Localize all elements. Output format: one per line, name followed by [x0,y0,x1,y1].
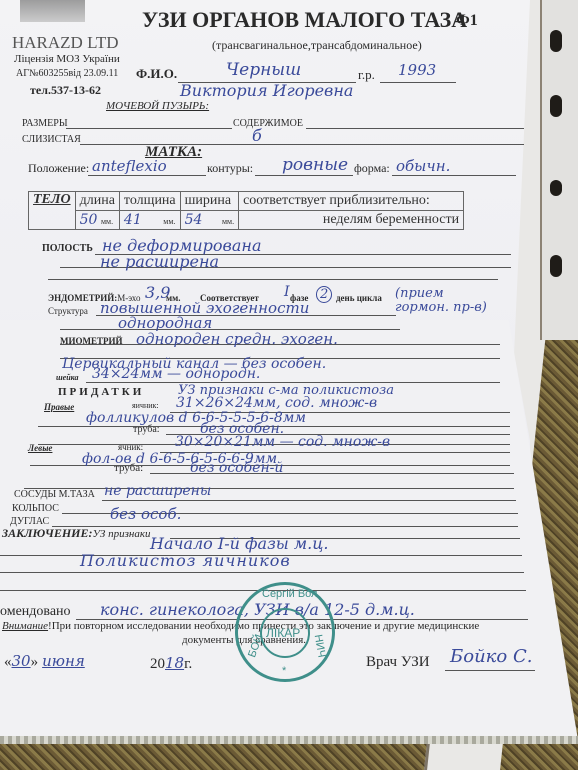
punch-hole [550,255,562,277]
clinic-phone: тел.537-13-62 [30,83,101,98]
uterus-body-label: ТЕЛО [33,192,71,207]
punch-hole [550,95,562,117]
douglas-value: без особ. [110,505,181,523]
right-ovary-line1: 31×26×24мм, сод. множ-в [176,395,377,411]
vessels-label: СОСУДЫ М.ТАЗА [14,489,95,500]
fio-label: Ф.И.О. [136,66,177,82]
cavity-label: ПОЛОСТЬ [42,243,93,254]
cervix-value: 34×24мм — однородн. [92,366,260,382]
conclusion-label: ЗАКЛЮЧЕНИЕ:УЗ признаки [2,526,151,541]
uterus-shape-value: обычн. [396,157,450,175]
uterus-body-table: ТЕЛО длина толщина ширина соответствует … [28,191,464,230]
patient-surname: Черныш [226,60,301,80]
bladder-heading: МОЧЕВОЙ ПУЗЫРЬ: [106,100,209,112]
cavity-line2: не расширена [100,252,219,271]
stamp-inner-text: ЛІКАР [266,626,300,640]
right-appendages-label: Правые [44,402,74,412]
left-ovary-line1: 30×20×21мм — сод. множ-в [175,434,390,450]
form-title: УЗИ ОРГАНОВ МАЛОГО ТАЗА [142,7,467,33]
appendages-heading: ПРИДАТКИ [58,386,144,398]
endometrium-note: (прием гормон. пр-в) [395,287,490,315]
right-ovary-label: яичник: [132,401,159,410]
uterus-position-label: Положение: [28,161,89,176]
phase-value: I [284,284,290,300]
birth-year: 1993 [398,61,436,79]
thickness-label: толщина [119,192,180,211]
thickness-unit: мм. [163,217,175,226]
uterus-contours-label: контуры: [207,161,253,176]
length-label: длина [75,192,119,211]
clinic-name: HARAZD LTD [12,33,119,53]
width-value: 54 [185,212,203,228]
date: «30»июня [4,652,85,671]
birth-year-label: г.р. [358,67,375,83]
uterus-position-value: anteflexio [92,157,167,175]
form-code: Ф1 [456,12,478,30]
left-tube-value: без особен-й [190,460,283,476]
clinic-license: Ліцензія МОЗ України [14,53,120,65]
structure-label: Структура [48,306,88,316]
bladder-contents-label: СОДЕРЖИМОЕ [233,118,303,129]
bladder-mucosa-label: СЛИЗИСТАЯ [22,134,81,145]
patient-name: Виктория Игоревна [180,81,353,100]
doctor-label: Врач УЗИ [366,654,430,671]
recommendation-label: омендовано [0,604,71,620]
cervix-label: шейка [56,373,79,382]
punch-hole [550,30,562,52]
myometrium-label: МИОМЕТРИЙ [60,336,123,346]
width-unit: мм. [222,217,234,226]
thickness-value: 41 [124,212,142,228]
bladder-contents-value: б [252,126,262,145]
left-appendages-label: Левые [28,443,52,453]
punch-hole [550,180,562,196]
sleeve-edge [0,736,578,744]
form-subtitle: (трансвагинальное,трансабдоминальное) [212,38,422,53]
uterus-shape-label: форма: [354,161,390,176]
uterus-contours-value: ровные [282,155,348,175]
cycle-day-label: день цикла [336,293,382,303]
colpos-label: КОЛЬПОС [12,503,59,514]
bladder-sizes-label: РАЗМЕРЫ [22,118,68,129]
stamp-star: * [282,665,286,677]
doctor-signature: Бойко С. [450,646,532,667]
clinic-license-number: АГ№603255від 23.09.11 [16,68,118,79]
right-tube-label: труба: [133,424,160,435]
conclusion-line2: Поликистоз яичников [80,551,291,570]
length-value: 50 [80,212,98,228]
length-unit: мм. [101,217,113,226]
vessels-value: не расширены [104,483,211,499]
stamp-outer-text: Сергій Вол [262,588,317,600]
width-label: ширина [180,192,238,211]
weeks-label: неделям беременности [239,211,464,230]
myometrium-value: однороден средн. эхоген. [136,330,338,348]
correspond-label: соответствует приблизительно: [239,192,464,211]
clinic-logo [20,0,85,22]
left-tube-label: труба: [114,462,143,474]
date-year: 2018г. [150,654,192,673]
